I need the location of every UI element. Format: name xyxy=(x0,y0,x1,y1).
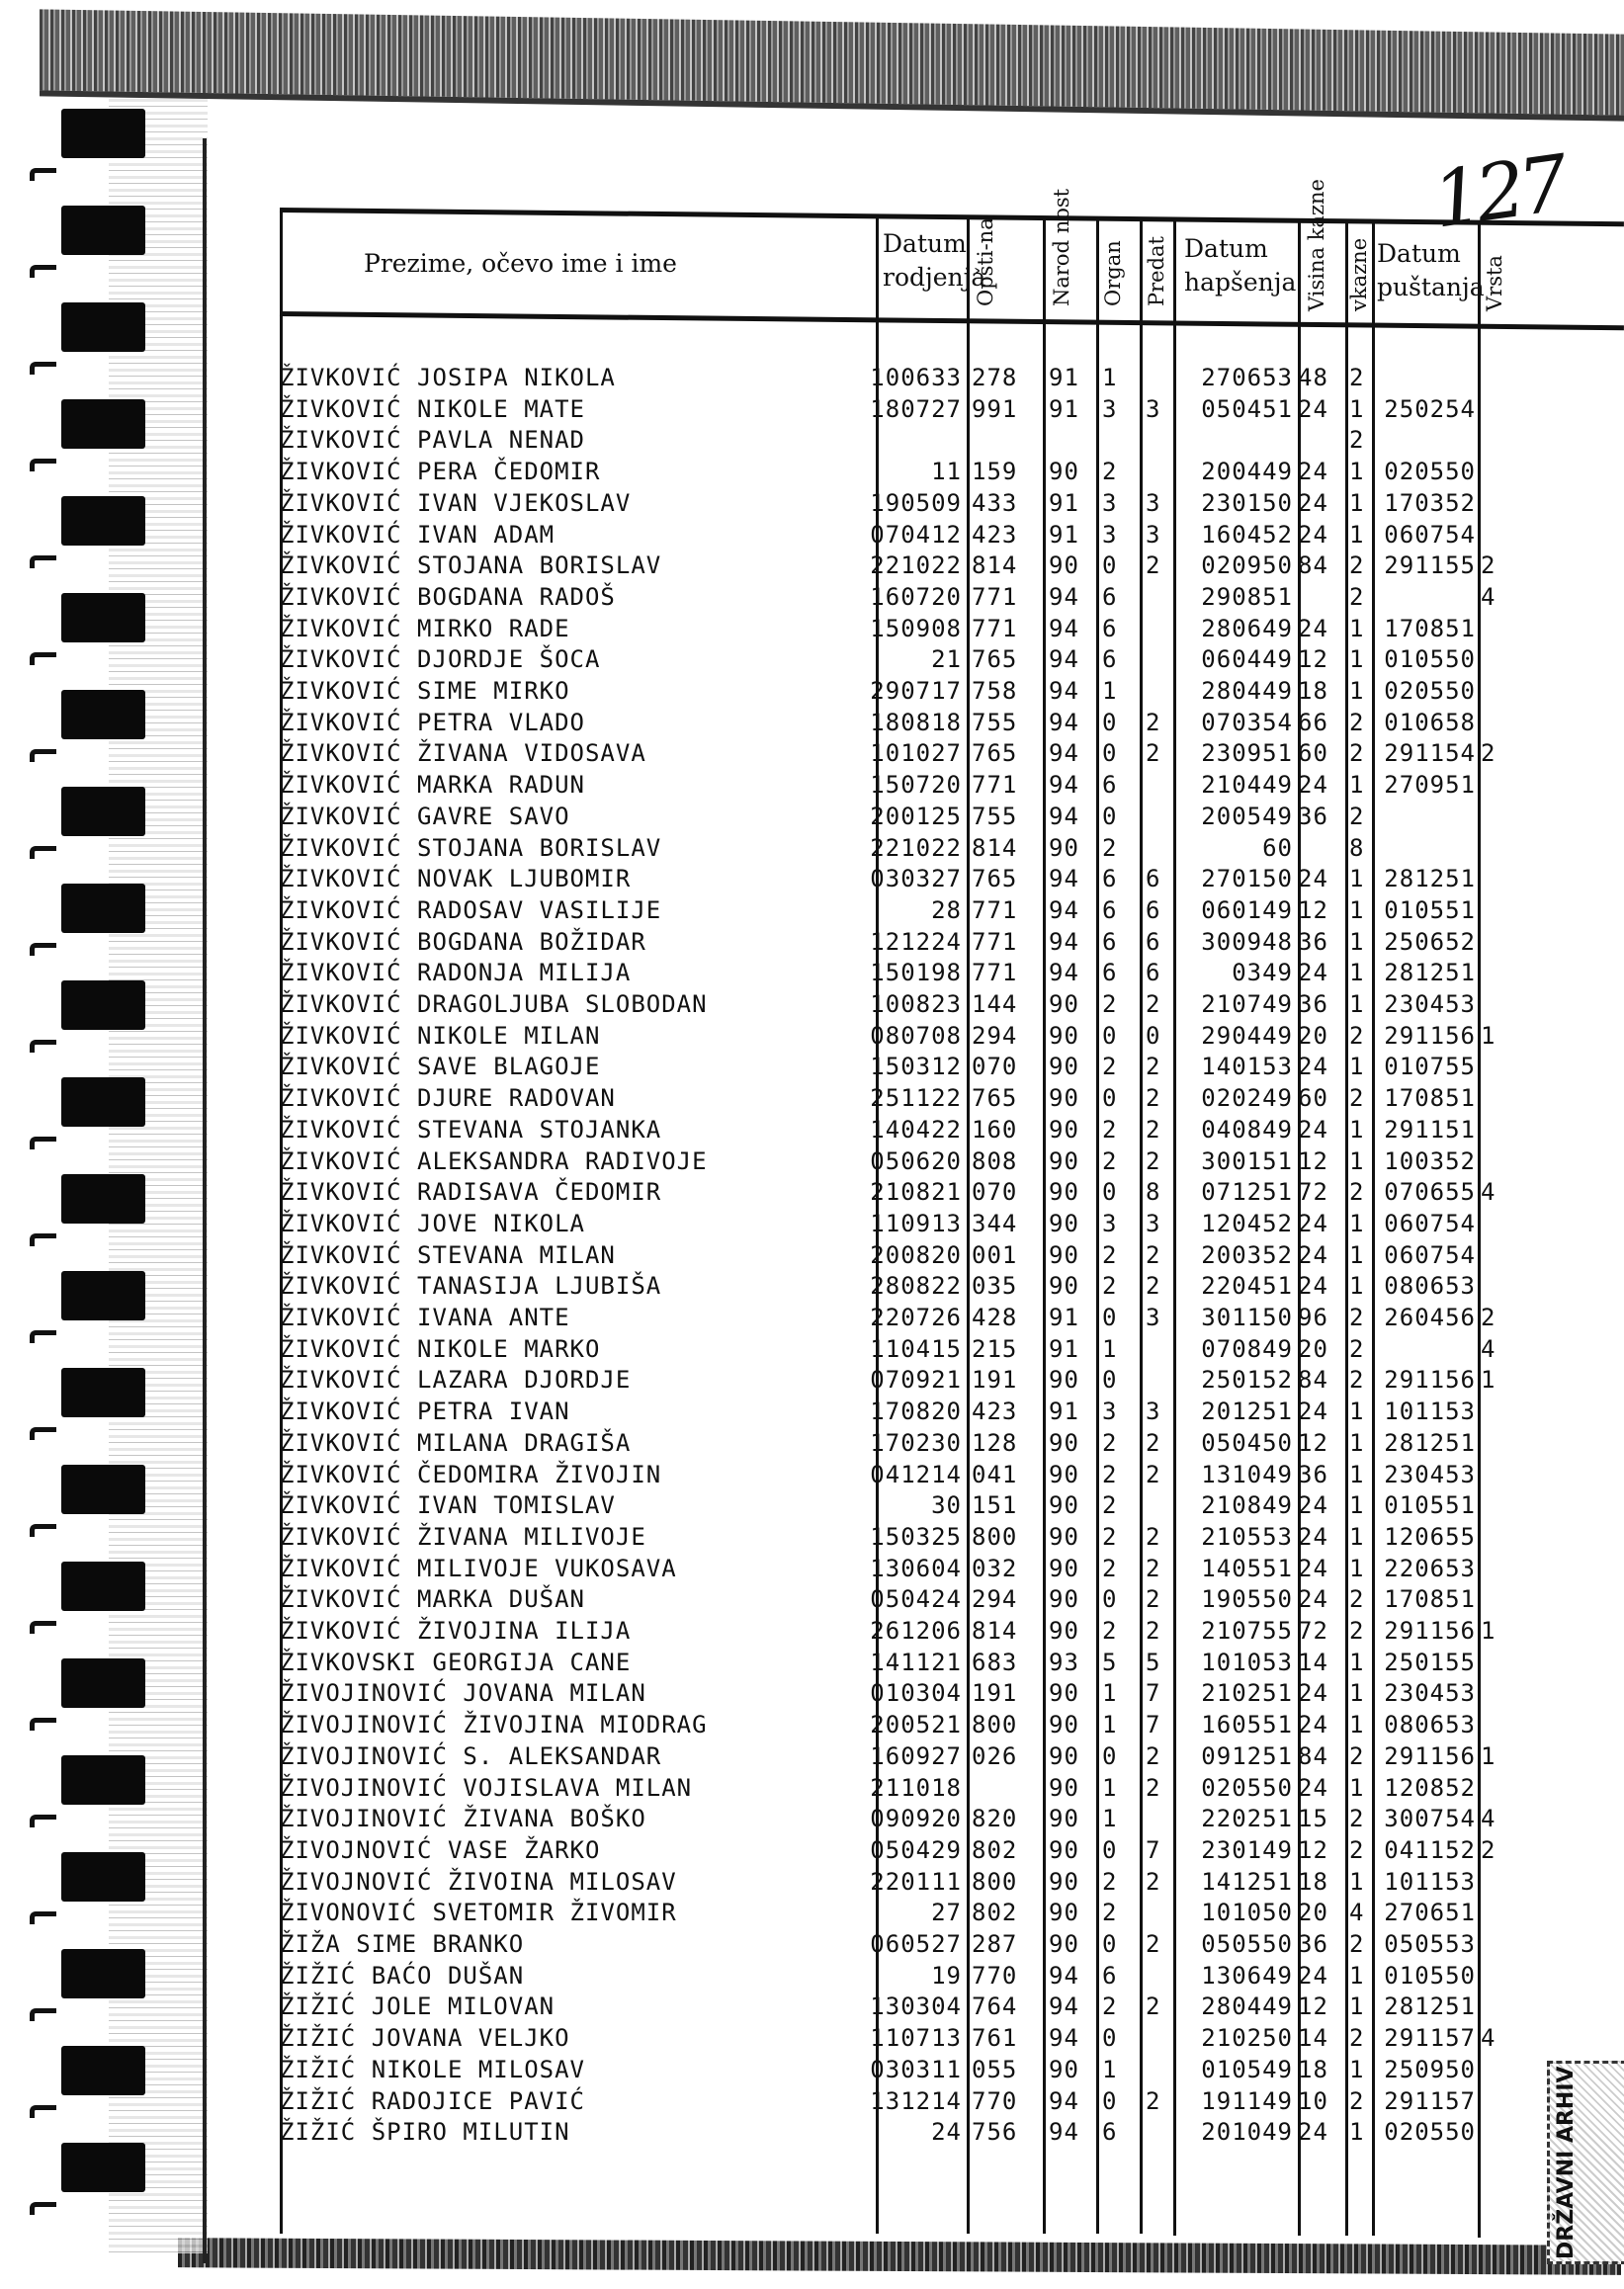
cell-organ: 1 xyxy=(1102,1805,1117,1832)
cell-handed-over: 3 xyxy=(1146,489,1160,517)
cell-organ: 2 xyxy=(1102,1868,1117,1896)
cell-nationality: 94 xyxy=(1049,645,1079,673)
cell-arrest-date: 131049 xyxy=(1169,1461,1293,1488)
cell-birth-date: 130604 xyxy=(863,1555,962,1582)
cell-sentence-length: 36 xyxy=(1298,1930,1328,1958)
binding-ring xyxy=(61,1465,145,1514)
cell-handed-over: 6 xyxy=(1146,865,1160,892)
cell-sentence-length: 96 xyxy=(1298,1304,1328,1331)
cell-birth-date: 11 xyxy=(863,458,962,485)
cell-birth-date: 121224 xyxy=(863,928,962,956)
table-row: ŽIVKOVIĆ IVAN VJEKOSLAV19050943391332301… xyxy=(280,489,1624,520)
table-row: ŽIŽIĆ NIKOLE MILOSAV03031105590101054918… xyxy=(280,2056,1624,2086)
cell-organ: 0 xyxy=(1102,709,1117,736)
cell-sentence-length: 20 xyxy=(1298,1335,1328,1363)
cell-name: ŽIVKOVIĆ ŽIVANA MILIVOJE xyxy=(280,1523,646,1551)
cell-sentence-type: 1 xyxy=(1349,2056,1364,2083)
cell-nationality: 90 xyxy=(1049,1178,1079,1206)
cell-sentence-type: 1 xyxy=(1349,1523,1364,1551)
cell-organ: 1 xyxy=(1102,677,1117,705)
binding-hook xyxy=(30,1911,56,1924)
cell-nationality: 91 xyxy=(1049,364,1079,391)
cell-arrest-date: 230149 xyxy=(1169,1836,1293,1864)
cell-birth-date: 050620 xyxy=(863,1147,962,1175)
cell-release-date: 291156 xyxy=(1377,1742,1476,1770)
binding-hook xyxy=(30,1524,56,1537)
cell-sentence-type: 1 xyxy=(1349,1868,1364,1896)
binding-hook xyxy=(30,1718,56,1731)
cell-birth-date: 141121 xyxy=(863,1649,962,1676)
cell-name: ŽIVOJNOVIĆ ŽIVOINA MILOSAV xyxy=(280,1868,677,1896)
cell-nationality: 90 xyxy=(1049,1679,1079,1707)
cell-nationality: 94 xyxy=(1049,803,1079,830)
cell-arrest-date: 200449 xyxy=(1169,458,1293,485)
table-row: ŽIVOJINOVIĆ S. ALEKSANDAR160927026900209… xyxy=(280,1742,1624,1773)
binding-hook xyxy=(30,943,56,956)
cell-name: ŽIŽIĆ JOVANA VELJKO xyxy=(280,2024,570,2052)
binding-ring xyxy=(61,1852,145,1902)
cell-sentence-length: 24 xyxy=(1298,458,1328,485)
cell-municipality: 035 xyxy=(972,1272,1017,1300)
cell-nationality: 90 xyxy=(1049,1555,1079,1582)
cell-nationality: 91 xyxy=(1049,489,1079,517)
cell-nationality: 94 xyxy=(1049,2024,1079,2052)
cell-sentence-type: 2 xyxy=(1349,1836,1364,1864)
cell-birth-date: 110415 xyxy=(863,1335,962,1363)
cell-birth-date: 180818 xyxy=(863,709,962,736)
cell-municipality: 771 xyxy=(972,928,1017,956)
cell-nationality: 90 xyxy=(1049,834,1079,862)
cell-sentence-type: 1 xyxy=(1349,2118,1364,2146)
binding-hook xyxy=(30,749,56,762)
cell-sentence-type: 1 xyxy=(1349,1398,1364,1425)
cell-sentence-type: 2 xyxy=(1349,1178,1364,1206)
cell-kind: 4 xyxy=(1481,1178,1496,1206)
cell-release-date: 010658 xyxy=(1377,709,1476,736)
cell-sentence-length: 20 xyxy=(1298,1899,1328,1926)
cell-arrest-date: 040849 xyxy=(1169,1116,1293,1144)
cell-name: ŽIVKOVIĆ PETRA IVAN xyxy=(280,1398,570,1425)
cell-sentence-type: 2 xyxy=(1349,364,1364,391)
cell-municipality: 026 xyxy=(972,1742,1017,1770)
cell-birth-date: 200820 xyxy=(863,1241,962,1269)
cell-arrest-date: 280449 xyxy=(1169,677,1293,705)
cell-handed-over: 3 xyxy=(1146,521,1160,549)
cell-handed-over: 6 xyxy=(1146,896,1160,924)
cell-birth-date: 050429 xyxy=(863,1836,962,1864)
cell-release-date: 281251 xyxy=(1377,865,1476,892)
cell-municipality: 814 xyxy=(972,1617,1017,1645)
cell-kind: 1 xyxy=(1481,1366,1496,1394)
cell-arrest-date: 280449 xyxy=(1169,1992,1293,2020)
cell-organ: 3 xyxy=(1102,1398,1117,1425)
cell-municipality: 041 xyxy=(972,1461,1017,1488)
cell-birth-date: 060527 xyxy=(863,1930,962,1958)
cell-nationality: 90 xyxy=(1049,990,1079,1018)
cell-nationality: 93 xyxy=(1049,1649,1079,1676)
cell-name: ŽIVOJINOVIĆ S. ALEKSANDAR xyxy=(280,1742,661,1770)
cell-nationality: 94 xyxy=(1049,896,1079,924)
cell-nationality: 90 xyxy=(1049,1210,1079,1237)
cell-name: ŽIVKOVIĆ IVAN ADAM xyxy=(280,521,555,549)
cell-organ: 0 xyxy=(1102,551,1117,579)
cell-organ: 6 xyxy=(1102,583,1117,611)
cell-sentence-type: 2 xyxy=(1349,583,1364,611)
cell-name: ŽIVKOVIĆ RADISAVA ČEDOMIR xyxy=(280,1178,661,1206)
cell-sentence-type: 1 xyxy=(1349,1429,1364,1457)
cell-arrest-date: 230150 xyxy=(1169,489,1293,517)
cell-name: ŽIVKOVIĆ DJORDJE ŠOCA xyxy=(280,645,600,673)
cell-sentence-type: 1 xyxy=(1349,1147,1364,1175)
table-row: ŽIVKOVIĆ NIKOLE MATE18072799191330504512… xyxy=(280,395,1624,426)
cell-release-date: 080653 xyxy=(1377,1711,1476,1738)
cell-municipality: 771 xyxy=(972,615,1017,642)
cell-release-date: 101153 xyxy=(1377,1398,1476,1425)
cell-nationality: 90 xyxy=(1049,1366,1079,1394)
cell-arrest-date: 210250 xyxy=(1169,2024,1293,2052)
cell-birth-date: 010304 xyxy=(863,1679,962,1707)
cell-municipality: 991 xyxy=(972,395,1017,423)
table-row: ŽIVOJINOVIĆ JOVANA MILAN0103041919017210… xyxy=(280,1679,1624,1710)
cell-arrest-date: 201251 xyxy=(1169,1398,1293,1425)
cell-municipality: 770 xyxy=(972,1962,1017,1990)
cell-name: ŽIVKOVIĆ PAVLA NENAD xyxy=(280,426,585,454)
cell-sentence-length: 24 xyxy=(1298,1210,1328,1237)
table-row: ŽIŽIĆ RADOJICE PAVIĆ13121477094021911491… xyxy=(280,2087,1624,2118)
cell-arrest-date: 210849 xyxy=(1169,1491,1293,1519)
cell-name: ŽIVKOVIĆ PERA ČEDOMIR xyxy=(280,458,600,485)
cell-arrest-date: 210755 xyxy=(1169,1617,1293,1645)
cell-nationality: 90 xyxy=(1049,1272,1079,1300)
cell-organ: 1 xyxy=(1102,364,1117,391)
cell-name: ŽIVKOVIĆ MARKA RADUN xyxy=(280,771,585,799)
binding-hook xyxy=(30,265,56,278)
cell-sentence-type: 1 xyxy=(1349,771,1364,799)
cell-release-date: 291157 xyxy=(1377,2087,1476,2115)
cell-sentence-length: 20 xyxy=(1298,1022,1328,1050)
cell-birth-date: 140422 xyxy=(863,1116,962,1144)
cell-organ: 1 xyxy=(1102,2056,1117,2083)
cell-municipality: 771 xyxy=(972,771,1017,799)
header-organ: Organ xyxy=(1104,240,1122,306)
table-row: ŽIVOJNOVIĆ ŽIVOINA MILOSAV22011180090221… xyxy=(280,1868,1624,1899)
cell-sentence-length: 18 xyxy=(1298,2056,1328,2083)
cell-handed-over: 8 xyxy=(1146,1178,1160,1206)
cell-handed-over: 2 xyxy=(1146,1084,1160,1112)
cell-municipality: 191 xyxy=(972,1679,1017,1707)
cell-name: ŽIVKOVIĆ MILIVOJE VUKOSAVA xyxy=(280,1555,677,1582)
cell-name: ŽIVKOVIĆ STOJANA BORISLAV xyxy=(280,551,661,579)
cell-name: ŽIŽIĆ JOLE MILOVAN xyxy=(280,1992,555,2020)
table-row: ŽIVKOVIĆ PETRA VLADO18081875594020703546… xyxy=(280,709,1624,739)
cell-handed-over: 2 xyxy=(1146,2087,1160,2115)
binding-hook xyxy=(30,362,56,375)
cell-handed-over: 6 xyxy=(1146,928,1160,956)
cell-sentence-type: 1 xyxy=(1349,395,1364,423)
cell-handed-over: 3 xyxy=(1146,1304,1160,1331)
table-row: ŽIVKOVIĆ ŽIVANA MILIVOJE1503258009022210… xyxy=(280,1523,1624,1554)
cell-handed-over: 2 xyxy=(1146,990,1160,1018)
cell-name: ŽIVKOVIĆ STOJANA BORISLAV xyxy=(280,834,661,862)
cell-arrest-date: 290449 xyxy=(1169,1022,1293,1050)
cell-municipality: 761 xyxy=(972,2024,1017,2052)
cell-sentence-length: 12 xyxy=(1298,1836,1328,1864)
cell-sentence-length: 24 xyxy=(1298,865,1328,892)
cell-municipality: 070 xyxy=(972,1178,1017,1206)
cell-nationality: 90 xyxy=(1049,2056,1079,2083)
cell-name: ŽIVKOVIĆ TANASIJA LJUBIŠA xyxy=(280,1272,661,1300)
cell-handed-over: 5 xyxy=(1146,1649,1160,1676)
table-row: ŽIVKOVIĆ TANASIJA LJUBIŠA280822035902222… xyxy=(280,1272,1624,1303)
cell-release-date: 281251 xyxy=(1377,1992,1476,2020)
cell-arrest-date: 050451 xyxy=(1169,395,1293,423)
cell-name: ŽIVKOVIĆ GAVRE SAVO xyxy=(280,803,570,830)
cell-sentence-type: 2 xyxy=(1349,551,1364,579)
cell-sentence-type: 2 xyxy=(1349,1617,1364,1645)
cell-organ: 2 xyxy=(1102,458,1117,485)
cell-nationality: 90 xyxy=(1049,1523,1079,1551)
cell-arrest-date: 210553 xyxy=(1169,1523,1293,1551)
cell-arrest-date: 290851 xyxy=(1169,583,1293,611)
cell-organ: 2 xyxy=(1102,1555,1117,1582)
cell-arrest-date: 020550 xyxy=(1169,1774,1293,1802)
cell-sentence-length: 24 xyxy=(1298,959,1328,986)
cell-birth-date: 100633 xyxy=(863,364,962,391)
cell-handed-over: 7 xyxy=(1146,1836,1160,1864)
cell-release-date: 170851 xyxy=(1377,1585,1476,1613)
cell-sentence-type: 1 xyxy=(1349,928,1364,956)
cell-nationality: 90 xyxy=(1049,1491,1079,1519)
cell-birth-date: 280822 xyxy=(863,1272,962,1300)
cell-name: ŽIVKOVIĆ MARKA DUŠAN xyxy=(280,1585,585,1613)
cell-sentence-type: 1 xyxy=(1349,645,1364,673)
cell-sentence-type: 2 xyxy=(1349,1335,1364,1363)
cell-name: ŽIVKOVIĆ ŽIVANA VIDOSAVA xyxy=(280,739,646,767)
cell-birth-date: 150908 xyxy=(863,615,962,642)
cell-municipality: 032 xyxy=(972,1555,1017,1582)
binding-hook xyxy=(30,2105,56,2118)
table-row: ŽIVKOVIĆ STEVANA STOJANKA140422160902204… xyxy=(280,1116,1624,1146)
cell-birth-date: 150325 xyxy=(863,1523,962,1551)
binding-hook xyxy=(30,459,56,471)
cell-arrest-date: 210251 xyxy=(1169,1679,1293,1707)
cell-sentence-type: 1 xyxy=(1349,489,1364,517)
cell-organ: 1 xyxy=(1102,1711,1117,1738)
cell-organ: 2 xyxy=(1102,1617,1117,1645)
binding-ring xyxy=(61,2046,145,2095)
cell-sentence-type: 1 xyxy=(1349,458,1364,485)
cell-handed-over: 7 xyxy=(1146,1679,1160,1707)
cell-kind: 1 xyxy=(1481,1617,1496,1645)
cell-nationality: 94 xyxy=(1049,709,1079,736)
cell-birth-date: 030311 xyxy=(863,2056,962,2083)
cell-nationality: 90 xyxy=(1049,1836,1079,1864)
cell-organ: 0 xyxy=(1102,1366,1117,1394)
cell-handed-over: 2 xyxy=(1146,1053,1160,1080)
binding-ring xyxy=(61,399,145,449)
cell-nationality: 90 xyxy=(1049,1774,1079,1802)
cell-arrest-date: 300948 xyxy=(1169,928,1293,956)
cell-release-date: 020550 xyxy=(1377,2118,1476,2146)
cell-handed-over: 2 xyxy=(1146,1241,1160,1269)
cell-arrest-date: 270150 xyxy=(1169,865,1293,892)
table-row: ŽIVKOVIĆ IVAN TOMISLAV301519022108492410… xyxy=(280,1491,1624,1522)
cell-sentence-type: 1 xyxy=(1349,1774,1364,1802)
cell-birth-date: 170820 xyxy=(863,1398,962,1425)
cell-sentence-length: 36 xyxy=(1298,1461,1328,1488)
cell-nationality: 94 xyxy=(1049,1992,1079,2020)
table-row: ŽIVKOVIĆ ŽIVANA VIDOSAVA1010277659402230… xyxy=(280,739,1624,770)
cell-nationality: 90 xyxy=(1049,1461,1079,1488)
cell-arrest-date: 300151 xyxy=(1169,1147,1293,1175)
cell-sentence-type: 2 xyxy=(1349,1304,1364,1331)
cell-organ: 2 xyxy=(1102,1116,1117,1144)
cell-organ: 2 xyxy=(1102,1241,1117,1269)
cell-name: ŽIŽIĆ RADOJICE PAVIĆ xyxy=(280,2087,585,2115)
cell-handed-over: 2 xyxy=(1146,1930,1160,1958)
table-row: ŽIVKOVIĆ DRAGOLJUBA SLOBODAN100823144902… xyxy=(280,990,1624,1021)
cell-birth-date: 170230 xyxy=(863,1429,962,1457)
cell-municipality: 755 xyxy=(972,709,1017,736)
cell-release-date: 230453 xyxy=(1377,1461,1476,1488)
binding-hook xyxy=(30,1233,56,1246)
binding-ring xyxy=(61,1949,145,1998)
cell-name: ŽIVKOVIĆ PETRA VLADO xyxy=(280,709,585,736)
cell-release-date: 291156 xyxy=(1377,1617,1476,1645)
table-row: ŽIVKOVIĆ IVAN ADAM0704124239133160452241… xyxy=(280,521,1624,551)
cell-birth-date: 150720 xyxy=(863,771,962,799)
binding-hook xyxy=(30,1137,56,1149)
binding-ring xyxy=(61,1077,145,1127)
cell-sentence-type: 2 xyxy=(1349,1805,1364,1832)
cell-release-date: 170851 xyxy=(1377,1084,1476,1112)
cell-birth-date: 251122 xyxy=(863,1084,962,1112)
binding-ring xyxy=(61,1368,145,1417)
header-municipality: Opšti-na xyxy=(977,217,994,306)
cell-organ: 0 xyxy=(1102,1304,1117,1331)
cell-municipality: 278 xyxy=(972,364,1017,391)
cell-organ: 3 xyxy=(1102,395,1117,423)
cell-arrest-date: 130649 xyxy=(1169,1962,1293,1990)
table-row: ŽIVKOVIĆ JOVE NIKOLA11091334490331204522… xyxy=(280,1210,1624,1240)
cell-birth-date: 290717 xyxy=(863,677,962,705)
cell-municipality: 287 xyxy=(972,1930,1017,1958)
cell-arrest-date: 140551 xyxy=(1169,1555,1293,1582)
cell-arrest-date: 010549 xyxy=(1169,2056,1293,2083)
cell-release-date: 050553 xyxy=(1377,1930,1476,1958)
cell-municipality: 820 xyxy=(972,1805,1017,1832)
cell-release-date: 060754 xyxy=(1377,1241,1476,1269)
cell-sentence-length: 24 xyxy=(1298,1555,1328,1582)
cell-sentence-length: 84 xyxy=(1298,1742,1328,1770)
cell-name: ŽIVKOVIĆ JOSIPA NIKOLA xyxy=(280,364,616,391)
cell-birth-date: 160720 xyxy=(863,583,962,611)
cell-municipality: 159 xyxy=(972,458,1017,485)
cell-sentence-length: 84 xyxy=(1298,551,1328,579)
cell-nationality: 91 xyxy=(1049,395,1079,423)
cell-birth-date: 19 xyxy=(863,1962,962,1990)
cell-sentence-length: 12 xyxy=(1298,645,1328,673)
cell-release-date: 300754 xyxy=(1377,1805,1476,1832)
cell-organ: 6 xyxy=(1102,959,1117,986)
cell-nationality: 90 xyxy=(1049,1585,1079,1613)
cell-nationality: 90 xyxy=(1049,551,1079,579)
cell-birth-date: 190509 xyxy=(863,489,962,517)
cell-birth-date: 150312 xyxy=(863,1053,962,1080)
cell-kind: 2 xyxy=(1481,551,1496,579)
cell-name: ŽIVKOVIĆ ČEDOMIRA ŽIVOJIN xyxy=(280,1461,661,1488)
cell-handed-over: 7 xyxy=(1146,1711,1160,1738)
cell-municipality: 770 xyxy=(972,2087,1017,2115)
cell-birth-date: 30 xyxy=(863,1491,962,1519)
cell-municipality: 756 xyxy=(972,2118,1017,2146)
binding-ring xyxy=(61,593,145,642)
binding-hook xyxy=(30,652,56,665)
cell-sentence-type: 1 xyxy=(1349,1711,1364,1738)
cell-sentence-type: 1 xyxy=(1349,1962,1364,1990)
cell-release-date: 281251 xyxy=(1377,959,1476,986)
cell-name: ŽIVKOVIĆ NIKOLE MATE xyxy=(280,395,585,423)
cell-sentence-type: 1 xyxy=(1349,521,1364,549)
header-name: Prezime, očevo ime i ime xyxy=(364,247,677,281)
cell-name: ŽIVKOVIĆ IVANA ANTE xyxy=(280,1304,570,1331)
cell-birth-date: 041214 xyxy=(863,1461,962,1488)
cell-organ: 6 xyxy=(1102,896,1117,924)
cell-organ: 2 xyxy=(1102,1461,1117,1488)
cell-arrest-date: 020249 xyxy=(1169,1084,1293,1112)
cell-nationality: 91 xyxy=(1049,521,1079,549)
cell-sentence-length: 12 xyxy=(1298,896,1328,924)
table-row: ŽIVKOVIĆ MARKA DUŠAN05042429490021905502… xyxy=(280,1585,1624,1616)
cell-nationality: 91 xyxy=(1049,1398,1079,1425)
cell-release-date: 260456 xyxy=(1377,1304,1476,1331)
cell-sentence-type: 1 xyxy=(1349,1241,1364,1269)
table-row: ŽIVONOVIĆ SVETOMIR ŽIVOMIR27802902101050… xyxy=(280,1899,1624,1929)
cell-nationality: 90 xyxy=(1049,1429,1079,1457)
cell-organ: 2 xyxy=(1102,990,1117,1018)
cell-nationality: 94 xyxy=(1049,677,1079,705)
cell-organ: 2 xyxy=(1102,1899,1117,1926)
table-row: ŽIVKOVIĆ MILANA DRAGIŠA17023012890220504… xyxy=(280,1429,1624,1460)
cell-handed-over: 0 xyxy=(1146,1022,1160,1050)
binding-ring xyxy=(61,1271,145,1320)
binding-ring xyxy=(61,109,145,158)
table-row: ŽIVKOVIĆ SAVE BLAGOJE1503120709022140153… xyxy=(280,1053,1624,1083)
cell-release-date: 170352 xyxy=(1377,489,1476,517)
cell-name: ŽIVKOVIĆ IVAN VJEKOSLAV xyxy=(280,489,631,517)
table-row: ŽIVOJINOVIĆ VOJISLAVA MILAN2110189012020… xyxy=(280,1774,1624,1805)
cell-release-date: 010551 xyxy=(1377,1491,1476,1519)
table-row: ŽIVKOVIĆ ALEKSANDRA RADIVOJE050620808902… xyxy=(280,1147,1624,1178)
cell-organ: 6 xyxy=(1102,865,1117,892)
cell-release-date: 010550 xyxy=(1377,645,1476,673)
cell-birth-date: 080708 xyxy=(863,1022,962,1050)
cell-municipality: 160 xyxy=(972,1116,1017,1144)
cell-sentence-type: 2 xyxy=(1349,426,1364,454)
binding-ring xyxy=(61,1755,145,1805)
cell-nationality: 90 xyxy=(1049,1805,1079,1832)
cell-municipality: 814 xyxy=(972,551,1017,579)
cell-municipality: 755 xyxy=(972,803,1017,830)
cell-handed-over: 2 xyxy=(1146,739,1160,767)
cell-nationality: 90 xyxy=(1049,1084,1079,1112)
cell-name: ŽIVKOVIĆ JOVE NIKOLA xyxy=(280,1210,585,1237)
cell-release-date: 120852 xyxy=(1377,1774,1476,1802)
cell-sentence-type: 2 xyxy=(1349,1366,1364,1394)
binding-hook xyxy=(30,1040,56,1053)
cell-nationality: 90 xyxy=(1049,1711,1079,1738)
cell-release-date: 120655 xyxy=(1377,1523,1476,1551)
